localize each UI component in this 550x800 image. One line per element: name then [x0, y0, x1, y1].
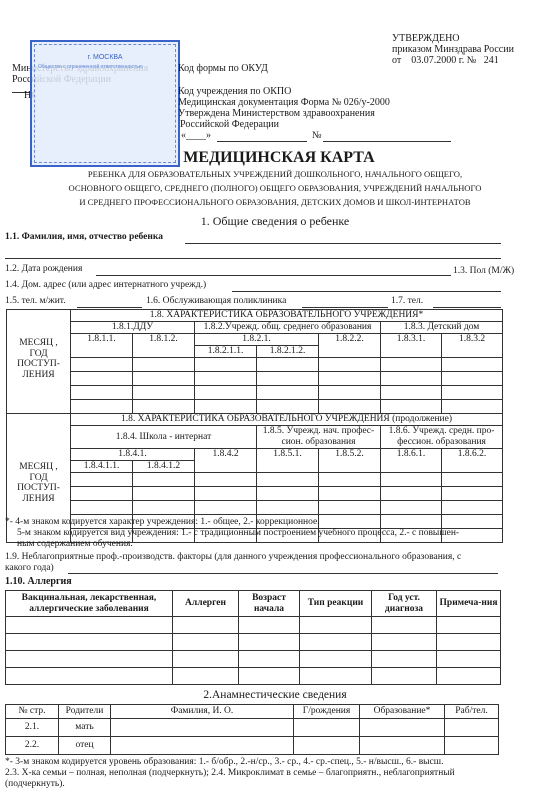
group-boarding-school: 1.8.4. Школа - интернат — [71, 426, 257, 449]
okpo-code-label: Код учреждения по ОКПО — [178, 86, 291, 98]
birth-date-field[interactable] — [96, 275, 451, 276]
footnote-education-level: *- 3-м знаком кодируется уровень образов… — [5, 757, 443, 768]
col-1-8-4-1: 1.8.4.1. — [71, 449, 195, 461]
allergy-col-diagnosis-year: Год уст. диагноза — [372, 591, 437, 617]
table-row: 2.1. мать — [6, 719, 499, 737]
organization-stamp: г. МОСКВА Общество с ограниченной ответс… — [30, 40, 180, 167]
section-2-heading: 2.Анамнестические сведения — [0, 688, 550, 702]
stamp-org: Общество с ограниченной ответственностью — [38, 64, 143, 70]
field-label-home-phone: 1.5. тел. м/жит. — [5, 296, 66, 307]
home-phone-field[interactable] — [77, 307, 142, 308]
footnote-institution-kind-cont: ным содержанием обучения. — [17, 539, 133, 550]
group-ddu: 1.8.1.ДДУ — [71, 322, 195, 334]
field-label-sex: 1.3. Пол (М/Ж) — [453, 266, 514, 277]
allergy-heading: 1.10. Аллергия — [5, 576, 72, 588]
hazards-field[interactable] — [68, 573, 498, 574]
col-1-8-2-1-1: 1.8.2.1.1. — [195, 346, 257, 358]
col-1-8-5-1: 1.8.5.1. — [257, 449, 319, 473]
document-subtitle-1: РЕБЕНКА ДЛЯ ОБРАЗОВАТЕЛЬНЫХ УЧРЕЖДЕНИЙ Д… — [0, 169, 550, 179]
parent-role: мать — [59, 719, 111, 737]
okud-code-label: Код формы по ОКУД — [178, 63, 268, 75]
approved-by-country: Российской Федерации — [180, 119, 279, 131]
table-18-title: 1.8. ХАРАКТЕРИСТИКА ОБРАЗОВАТЕЛЬНОГО УЧР… — [71, 310, 503, 322]
group-general-school: 1.8.2.Учрежд. общ. среднего образования — [195, 322, 381, 334]
field-label-hazards: 1.9. Неблагоприятные проф.-производств. … — [5, 552, 461, 563]
number-sign: № — [312, 130, 322, 142]
full-name-field[interactable] — [185, 243, 501, 244]
group-orphanage: 1.8.3. Детский дом — [381, 322, 503, 334]
clinic-phone-field[interactable] — [433, 307, 501, 308]
col-1-8-3-1: 1.8.3.1. — [381, 334, 442, 358]
allergy-col-notes: Примеча-ния — [437, 591, 501, 617]
field-label-address: 1.4. Дом. адрес (или адрес интернатного … — [5, 280, 206, 291]
col-1-8-1-2: 1.8.1.2. — [133, 334, 195, 358]
field-label-birth-date: 1.2. Дата рождения — [5, 264, 82, 275]
admission-date-label: МЕСЯЦ ,ГОДПОСТУП-ЛЕНИЯ — [7, 310, 71, 414]
date-open: «____» — [181, 130, 211, 142]
col-1-8-6-1: 1.8.6.1. — [381, 449, 442, 473]
full-name-field-line2[interactable] — [5, 258, 501, 259]
table-row — [7, 386, 503, 400]
stamp-city: г. МОСКВА — [32, 54, 178, 61]
family-characteristics: 2.3. Х-ка семьи – полная, неполная (подч… — [5, 768, 455, 779]
field-label-full-name: 1.1. Фамилия, имя, отчество ребенка — [5, 232, 163, 243]
table-row — [7, 473, 503, 487]
parents-col-row-number: № стр. — [6, 705, 59, 719]
col-1-8-2-1-2: 1.8.2.1.2. — [257, 346, 319, 358]
col-1-8-4-1-1: 1.8.4.1.1. — [71, 461, 133, 473]
family-characteristics-cont: (подчеркнуть). — [5, 779, 65, 790]
table-row — [7, 372, 503, 386]
table-18-cont-title: 1.8. ХАРАКТЕРИСТИКА ОБРАЗОВАТЕЛЬНОГО УЧР… — [71, 414, 503, 426]
field-label-clinic-phone: 1.7. тел. — [391, 296, 423, 307]
parents-col-name: Фамилия, И. О. — [111, 705, 294, 719]
parents-table: № стр. Родители Фамилия, И. О. Г/рождени… — [5, 704, 499, 755]
field-label-hazards-year: какого года) — [5, 563, 54, 574]
parents-col-birth-year: Г/рождения — [294, 705, 360, 719]
group-primary-vocational: 1.8.5. Учрежд. нач. профес-сион. образов… — [257, 426, 381, 449]
med-doc-form: Медицинская документация Форма № 026/у-2… — [178, 97, 390, 109]
table-row — [6, 668, 501, 685]
row-number: 2.2. — [6, 737, 59, 755]
col-1-8-4-2: 1.8.4.2 — [195, 449, 257, 473]
allergy-table: Вакцинальная, лекарственная, аллергическ… — [5, 590, 501, 685]
footnote-institution-kind: 5-м знаком кодируется вид учреждения: 1.… — [17, 528, 459, 539]
col-1-8-3-2: 1.8.3.2 — [442, 334, 503, 358]
row-number: 2.1. — [6, 719, 59, 737]
document-subtitle-3: И СРЕДНЕГО ПРОФЕССИОНАЛЬНОГО ОБРАЗОВАНИЯ… — [0, 197, 550, 207]
parents-col-education: Образование* — [360, 705, 445, 719]
address-field[interactable] — [232, 291, 501, 292]
table-row — [7, 501, 503, 515]
col-1-8-2-2: 1.8.2.2. — [319, 334, 381, 358]
field-label-clinic: 1.6. Обслуживающая поликлиника — [146, 296, 286, 307]
approval-title: УТВЕРЖДЕНО — [392, 33, 460, 45]
table-row — [6, 617, 501, 634]
parents-col-work-phone: Раб/тел. — [445, 705, 499, 719]
footnote-institution-type: *- 4-м знаком кодируется характер учрежд… — [5, 517, 320, 528]
col-1-8-2-1: 1.8.2.1. — [195, 334, 319, 346]
allergy-col-reaction-type: Тип реакции — [300, 591, 372, 617]
col-1-8-4-1-2: 1.8.4.1.2 — [133, 461, 195, 473]
number-field[interactable] — [323, 141, 451, 142]
table-row: 2.2. отец — [6, 737, 499, 755]
col-1-8-6-2: 1.8.6.2. — [442, 449, 503, 473]
section-1-heading: 1. Общие сведения о ребенке — [0, 214, 550, 228]
approval-order: приказом Минздрава России — [392, 44, 514, 56]
table-row — [6, 651, 501, 668]
allergy-col-allergen: Аллерген — [173, 591, 239, 617]
col-1-8-1-1: 1.8.1.1. — [71, 334, 133, 358]
institution-characteristics-table: МЕСЯЦ ,ГОДПОСТУП-ЛЕНИЯ 1.8. ХАРАКТЕРИСТИ… — [6, 309, 503, 543]
date-field[interactable] — [217, 141, 307, 142]
col-1-8-5-2: 1.8.5.2. — [319, 449, 381, 473]
allergy-col-onset-age: Возраст начала — [239, 591, 300, 617]
table-row — [6, 634, 501, 651]
approved-by: Утверждена Министерством здравоохранения — [178, 108, 375, 120]
table-row — [7, 358, 503, 372]
document-subtitle-2: ОСНОВНОГО ОБЩЕГО, СРЕДНЕГО (ПОЛНОГО) ОБЩ… — [0, 183, 550, 193]
parent-role: отец — [59, 737, 111, 755]
table-row — [7, 487, 503, 501]
group-secondary-vocational: 1.8.6. Учрежд. средн. про-фессион. образ… — [381, 426, 503, 449]
allergy-col-disease: Вакцинальная, лекарственная, аллергическ… — [6, 591, 173, 617]
clinic-field[interactable] — [302, 307, 388, 308]
parents-col-parent: Родители — [59, 705, 111, 719]
document-title: МЕДИЦИНСКАЯ КАРТА — [0, 149, 550, 167]
approval-date: от 03.07.2000 г. № 241 — [392, 55, 499, 67]
table-row — [7, 400, 503, 414]
